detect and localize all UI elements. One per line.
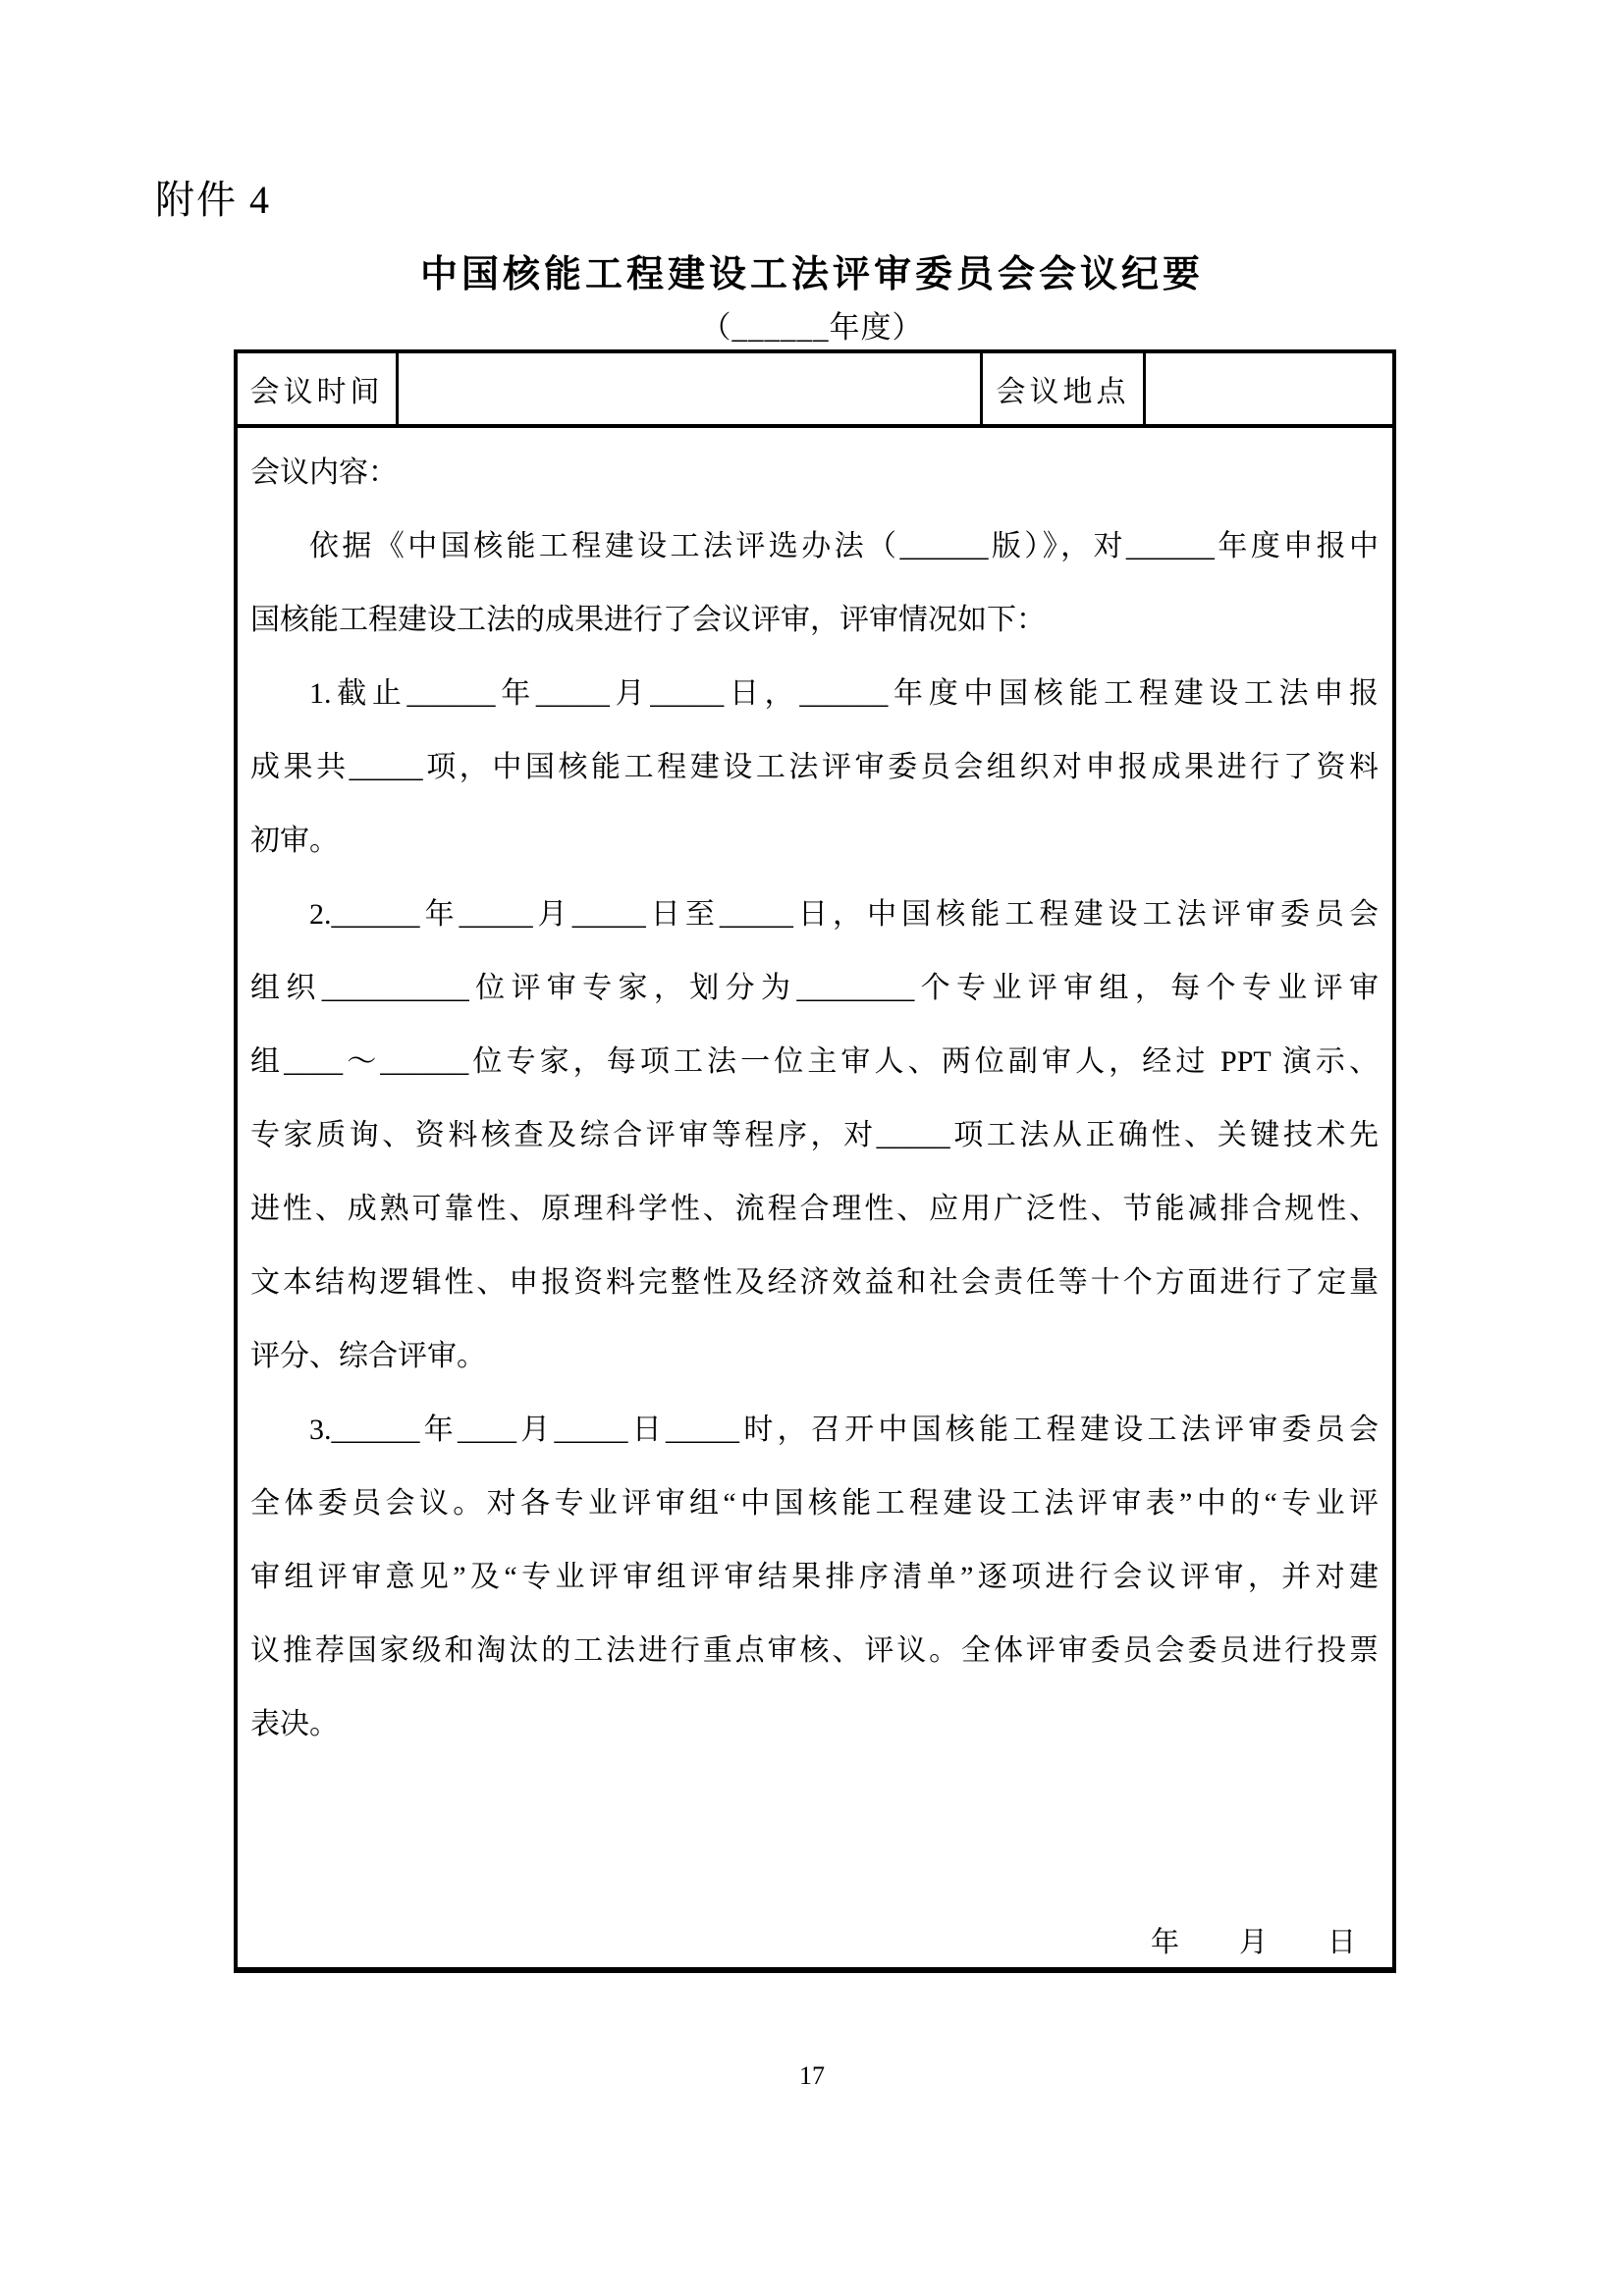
content-line: 1.截止______年_____月_____日，______年度中国核能工程建设… <box>250 657 1379 730</box>
meeting-content-cell: 会议内容： 依据《中国核能工程建设工法评选办法（______版）》，对_____… <box>238 428 1392 1980</box>
page-number: 17 <box>0 2061 1624 2091</box>
content-line: 审组评审意见”及“专业评审组评审结果排序清单”逐项进行会议评审，并对建 <box>250 1540 1379 1614</box>
content-line: 组织__________位评审专家，划分为________个专业评审组，每个专业… <box>250 951 1379 1025</box>
content-line: 3.______年____月_____日_____时，召开中国核能工程建设工法评… <box>250 1393 1379 1467</box>
content-line: 初审。 <box>250 804 1379 878</box>
content-line: 国核能工程建设工法的成果进行了会议评审，评审情况如下： <box>250 583 1379 657</box>
page-subtitle: （______年度） <box>0 308 1624 347</box>
content-line: 组____～______位专家，每项工法一位主审人、两位副审人，经过 PPT 演… <box>250 1025 1379 1098</box>
content-line: 评分、综合评审。 <box>250 1319 1379 1393</box>
attachment-label: 附件 4 <box>155 177 271 224</box>
content-line: 议推荐国家级和淘汰的工法进行重点审核、评议。全体评审委员会委员进行投票 <box>250 1614 1379 1687</box>
content-line: 专家质询、资料核查及综合评审等程序，对_____项工法从正确性、关键技术先 <box>250 1098 1379 1172</box>
table-header-row: 会议时间 会议地点 <box>238 353 1392 428</box>
content-line: 文本结构逻辑性、申报资料完整性及经济效益和社会责任等十个方面进行了定量 <box>250 1246 1379 1319</box>
content-line: 全体委员会议。对各专业评审组“中国核能工程建设工法评审表”中的“专业评 <box>250 1467 1379 1540</box>
page-title: 中国核能工程建设工法评审委员会会议纪要 <box>0 251 1624 298</box>
document-page: 附件 4 中国核能工程建设工法评审委员会会议纪要 （______年度） 会议时间… <box>0 0 1624 2296</box>
content-label: 会议内容： <box>250 436 1379 509</box>
meeting-place-value[interactable] <box>1146 353 1392 424</box>
signature-date-line: 年 月 日 <box>250 1906 1379 1980</box>
content-line: 表决。 <box>250 1687 1379 1761</box>
meeting-time-value[interactable] <box>399 353 983 424</box>
content-line: 成果共_____项，中国核能工程建设工法评审委员会组织对申报成果进行了资料 <box>250 730 1379 804</box>
meeting-minutes-table: 会议时间 会议地点 会议内容： 依据《中国核能工程建设工法评选办法（______… <box>234 349 1396 1973</box>
content-line: 进性、成熟可靠性、原理科学性、流程合理性、应用广泛性、节能减排合规性、 <box>250 1172 1379 1246</box>
content-line: 2.______年_____月_____日至_____日，中国核能工程建设工法评… <box>250 878 1379 951</box>
meeting-place-label: 会议地点 <box>983 353 1146 424</box>
content-line: 依据《中国核能工程建设工法评选办法（______版）》，对______年度申报中 <box>250 509 1379 583</box>
meeting-time-label: 会议时间 <box>238 353 399 424</box>
